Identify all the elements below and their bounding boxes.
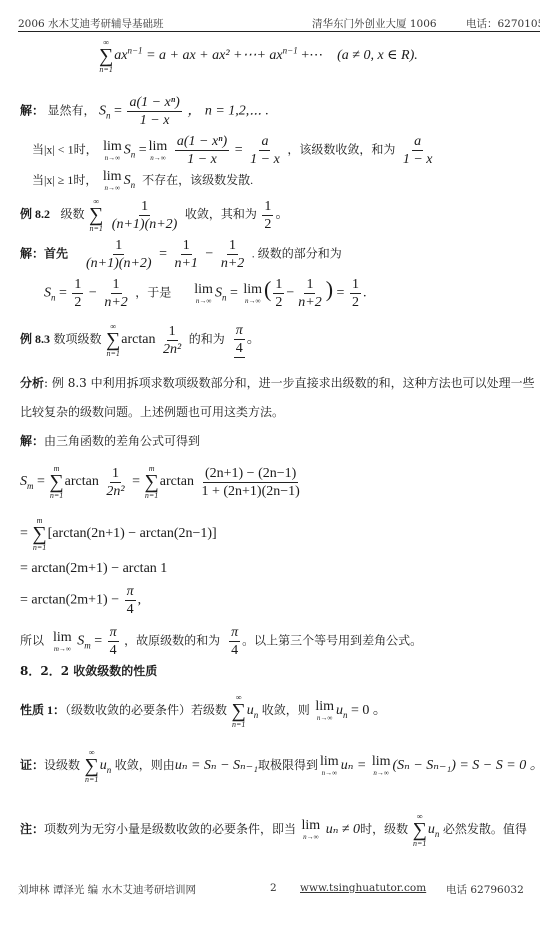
example-8-2: 例 8.2 级数 ∞∑n=1 1(n+1)(n+2) 收敛，其和为 12。 (20, 197, 289, 233)
solution-2-line-1: 解：首先 1(n+1)(n+2) = 1n+1 − 1n+2 . 级数的部分和为 (20, 237, 342, 272)
footer-phone: 电话 62796032 (446, 882, 524, 897)
example-8-3: 例 8.3 数项级数 ∞∑n=1arctan 12n² 的和为 π4。 (20, 322, 261, 358)
derivation-line-4: = arctan(2m+1) − π4, (20, 583, 141, 618)
header-center: 清华东门外创业大厦 1006 (312, 16, 437, 31)
conclusion-line: 所以 limm→∞ Sm = π4 ，故原级数的和为 π4。以上第三个等号用到差… (20, 624, 422, 659)
analysis-line-1: 分析: 例 8.3 中利用拆项求数项级数部分和，进一步直接求出级数的和，这种方法… (20, 374, 535, 391)
solution-2-line-2: Sn = 12 − 1n+2 ，于是 limn→∞Sn = limn→∞(12−… (44, 276, 366, 311)
header-right: 电话：62701055 (466, 16, 540, 31)
solution-3-intro: 解：由三角函数的差角公式可得到 (20, 432, 200, 449)
case-converge-line: 当|x| < 1时， limn→∞Sn =limn→∞ a(1 − xⁿ)1 −… (32, 133, 437, 168)
section-heading: 8．2．2 收敛级数的性质 (20, 662, 157, 679)
footer-authors: 刘坤林 谭泽光 编 水木艾迪考研培训网 (18, 882, 196, 897)
derivation-line-2: = m∑n=1[arctan(2n+1) − arctan(2n−1)] (20, 516, 217, 552)
derivation-line-1: Sm = m∑n=1arctan 12n² = m∑n=1arctan (2n+… (20, 464, 304, 500)
geometric-series-formula: ∞∑n=1axn−1 = a + ax + ax² +⋯+ axn−1 +⋯ (… (98, 38, 418, 74)
case-diverge-line: 当|x| ≥ 1时， limn→∞Sn 不存在，该级数发散. (32, 170, 253, 192)
header-divider (18, 31, 540, 32)
derivation-line-3: = arctan(2m+1) − arctan 1 (20, 561, 167, 577)
header-left: 2006 水木艾迪考研辅导基础班 (18, 16, 164, 31)
solution-1-line: 解： 显然有， Sn = a(1 − xⁿ)1 − x ， n = 1,2,⋯ … (20, 94, 269, 129)
footer-website-link[interactable]: www.tsinghuatutor.com (300, 882, 426, 894)
analysis-line-2: 比较复杂的级数问题。上述例题也可用这类方法。 (20, 403, 284, 420)
property-1: 性质 1：（级数收敛的必要条件）若级数 ∞∑n=1un 收敛，则 limn→∞u… (20, 693, 387, 729)
footer-page-number: 2 (270, 882, 277, 894)
note-line: 注：项数列为无穷小量是级数收敛的必要条件，即当 limn→∞ uₙ ≠ 0时，级… (20, 812, 527, 848)
proof-line: 证：设级数 ∞∑n=1un 收敛，则由uₙ = Sₙ − Sₙ₋₁取极限得到li… (20, 748, 540, 784)
